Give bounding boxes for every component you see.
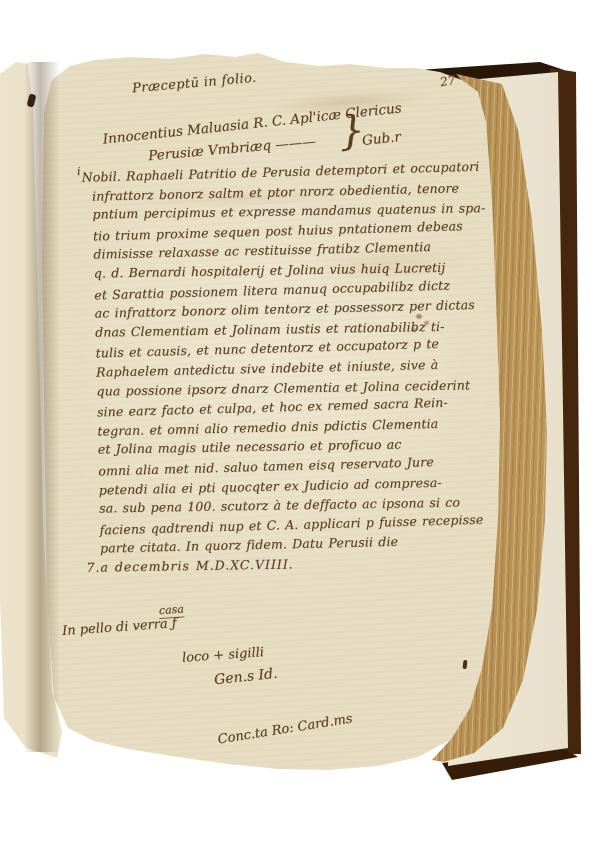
manuscript-photo: Præceptū in folio. 27 Innocentius Maluas…: [0, 0, 605, 850]
marginal-note-insertion: casa: [158, 602, 184, 619]
manuscript-body: Nobil. Raphaeli Patritio de Perusia dete…: [81, 159, 430, 578]
curly-brace: }: [337, 107, 366, 155]
folio-number: 27: [439, 73, 456, 89]
gutter-shadow: [24, 62, 60, 752]
item-marker: i: [77, 165, 81, 178]
